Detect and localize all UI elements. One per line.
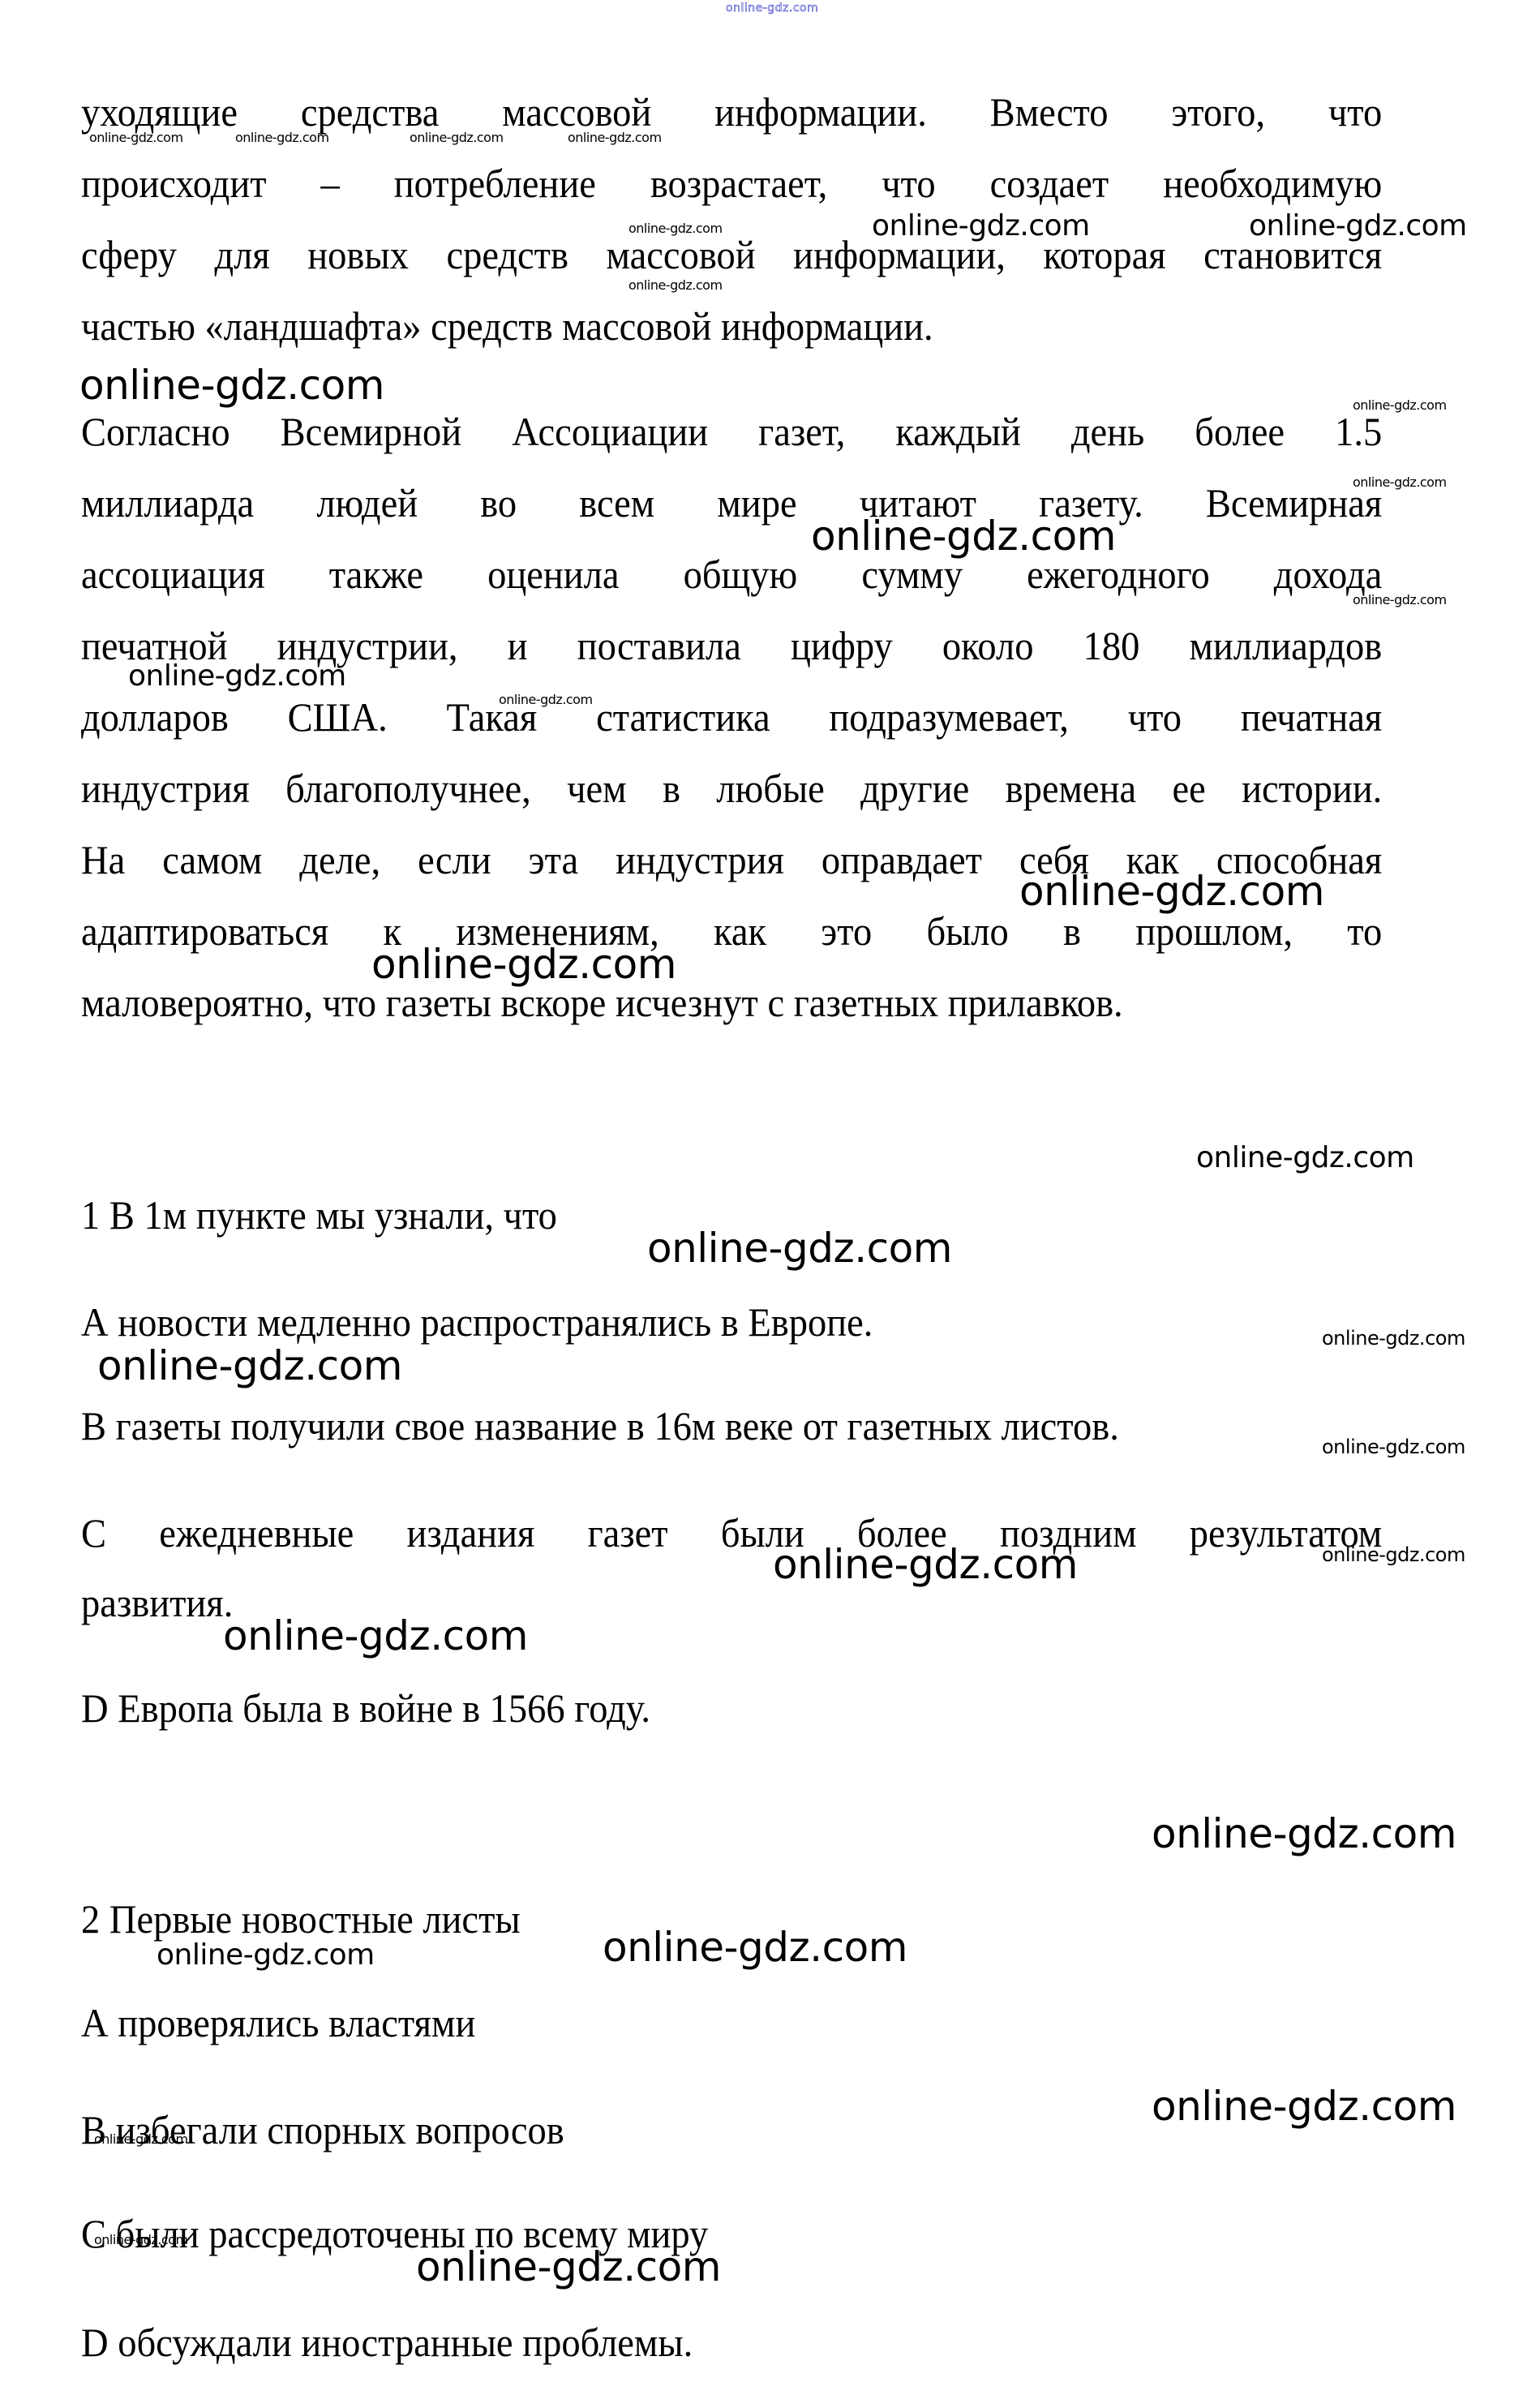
watermark: online-gdz.com [79,362,384,409]
watermark: online-gdz.com [1019,868,1324,915]
watermark: online-gdz.com [89,130,183,145]
header-watermark: online-gdz.com [726,2,818,15]
watermark: online-gdz.com [1322,1436,1465,1458]
watermark: online-gdz.com [1353,592,1447,607]
watermark: online-gdz.com [773,1541,1078,1588]
question-2-option-d: D обсуждали иностранные проблемы. [81,2318,1382,2367]
watermark: online-gdz.com [410,130,504,145]
watermark: online-gdz.com [97,1342,402,1389]
watermark: online-gdz.com [223,1612,528,1659]
watermark: online-gdz.com [1322,1543,1465,1566]
paragraph2-line: индустрия благополучнее, чем в любые дру… [81,764,1382,813]
paragraph1-line: частью «ландшафта» средств массовой инфо… [81,302,1382,350]
watermark: online-gdz.com [157,1938,375,1972]
watermark: online-gdz.com [499,692,593,707]
watermark: online-gdz.com [603,1924,907,1971]
question-1-option-d: D Европа была в войне в 1566 году. [81,1684,1382,1732]
watermark: online-gdz.com [1353,474,1447,490]
watermark: online-gdz.com [628,277,723,293]
question-1-option-b: В газеты получили свое название в 16м ве… [81,1401,1382,1450]
paragraph1-line: сферу для новых средств массовой информа… [81,230,1382,279]
watermark: online-gdz.com [1152,1810,1456,1857]
paragraph2-line: Согласно Всемирной Ассоциации газет, каж… [81,407,1382,456]
watermark: online-gdz.com [94,2131,188,2147]
watermark: online-gdz.com [647,1225,952,1272]
watermark: online-gdz.com [235,130,329,145]
watermark: online-gdz.com [1353,397,1447,413]
paragraph2-line: маловероятно, что газеты вскоре исчезнут… [81,978,1382,1027]
watermark: online-gdz.com [568,130,662,145]
watermark: online-gdz.com [128,659,346,693]
watermark: online-gdz.com [1196,1141,1414,1174]
watermark: online-gdz.com [811,513,1116,560]
paragraph2-line: долларов США. Такая статистика подразуме… [81,693,1382,741]
paragraph1-line: уходящие средства массовой информации. В… [81,88,1382,136]
watermark: online-gdz.com [371,941,676,988]
question-1-option-c: С ежедневные издания газет были более по… [81,1509,1382,1557]
paragraph2-line: миллиарда людей во всем мире читают газе… [81,479,1382,527]
paragraph1-line: происходит – потребление возрастает, что… [81,159,1382,208]
watermark: online-gdz.com [1322,1327,1465,1350]
watermark: online-gdz.com [872,209,1090,243]
question-1-option-a: А новости медленно распространялись в Ев… [81,1298,1382,1346]
paragraph2-line: ассоциация также оценила общую сумму еже… [81,550,1382,599]
watermark: online-gdz.com [94,2232,188,2247]
watermark: online-gdz.com [1152,2083,1456,2130]
watermark: online-gdz.com [628,221,723,236]
question-2-option-a: А проверялись властями [81,1998,1382,2047]
watermark: online-gdz.com [1249,209,1467,243]
watermark: online-gdz.com [416,2243,721,2290]
question-2-option-c: С были рассредоточены по всему миру [81,2209,1382,2258]
